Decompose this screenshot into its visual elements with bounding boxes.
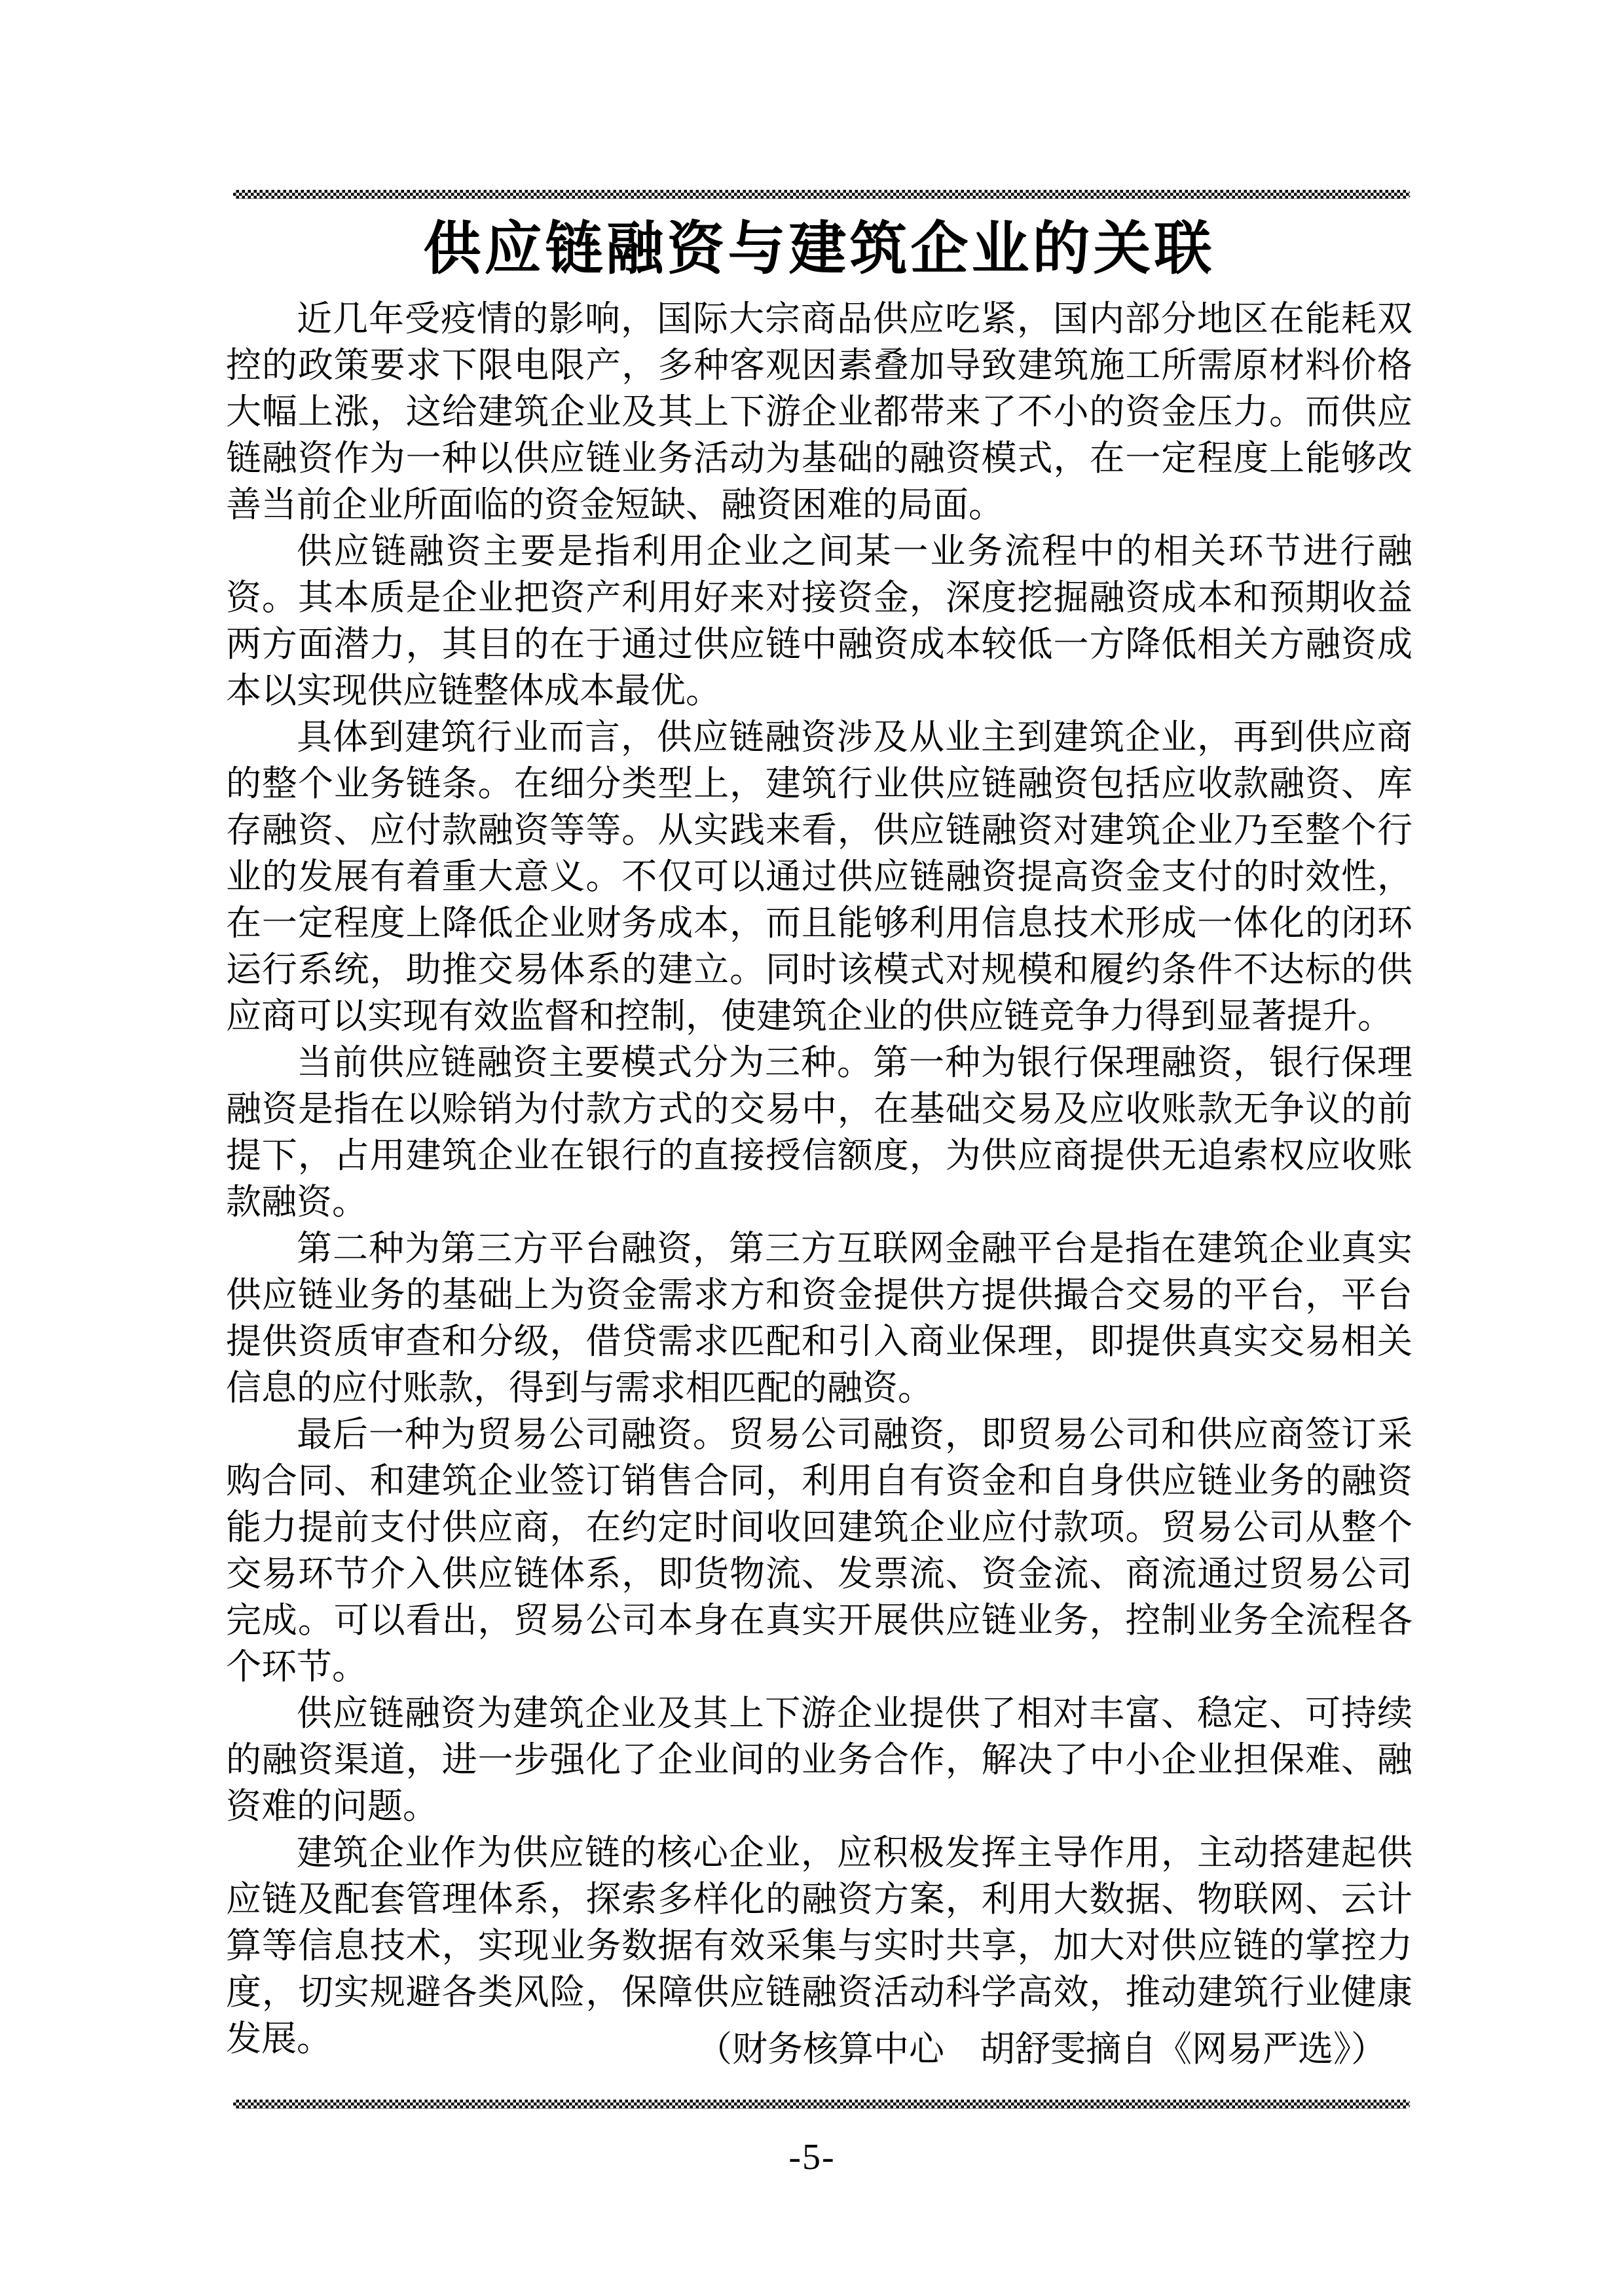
body-paragraph: 最后一种为贸易公司融资。贸易公司融资，即贸易公司和供应商签订采购合同、和建筑企业…	[226, 1412, 1412, 1690]
body-paragraph: 当前供应链融资主要模式分为三种。第一种为银行保理融资，银行保理融资是指在以赊销为…	[226, 1040, 1412, 1226]
body-paragraph: 第二种为第三方平台融资，第三方互联网金融平台是指在建筑企业真实供应链业务的基础上…	[226, 1226, 1412, 1412]
body-paragraph: 具体到建筑行业而言，供应链融资涉及从业主到建筑企业，再到供应商的整个业务链条。在…	[226, 714, 1412, 1040]
page-number: -5-	[0, 2136, 1624, 2179]
article-body: 近几年受疫情的影响，国际大宗商品供应吃紧，国内部分地区在能耗双控的政策要求下限电…	[226, 296, 1412, 2062]
body-paragraph: 供应链融资主要是指利用企业之间某一业务流程中的相关环节进行融资。其本质是企业把资…	[226, 528, 1412, 714]
top-decorative-rule	[233, 190, 1411, 199]
attribution-line: （财务核算中心 胡舒雯摘自《网易严选》）	[226, 2026, 1412, 2073]
body-paragraph: 供应链融资为建筑企业及其上下游企业提供了相对丰富、稳定、可持续的融资渠道，进一步…	[226, 1690, 1412, 1830]
body-paragraph: 近几年受疫情的影响，国际大宗商品供应吃紧，国内部分地区在能耗双控的政策要求下限电…	[226, 296, 1412, 528]
bottom-decorative-rule	[233, 2100, 1411, 2109]
document-page: 供应链融资与建筑企业的关联 近几年受疫情的影响，国际大宗商品供应吃紧，国内部分地…	[0, 0, 1624, 2296]
page-title: 供应链融资与建筑企业的关联	[226, 211, 1412, 289]
